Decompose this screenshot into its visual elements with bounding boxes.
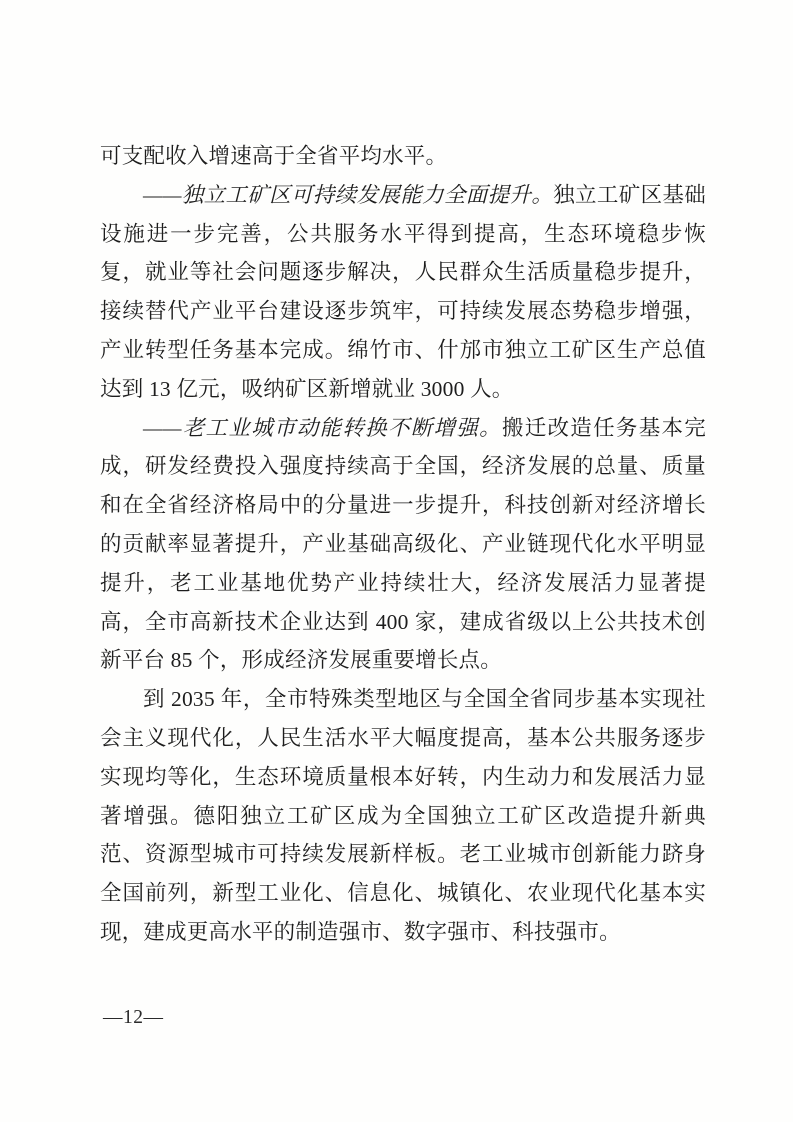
paragraph-leadin-emphasis: ——独立工矿区可持续发展能力全面提升。 xyxy=(143,183,553,207)
paragraph-text: 独立工矿区基础设施进一步完善，公共服务水平得到提高，生态环境稳步恢复，就业等社会… xyxy=(100,183,706,401)
document-body: 可支配收入增速高于全省平均水平。 ——独立工矿区可持续发展能力全面提升。独立工矿… xyxy=(100,137,706,952)
paragraph-continuation: 可支配收入增速高于全省平均水平。 xyxy=(100,137,706,176)
paragraph-leadin-emphasis: ——老工业城市动能转换不断增强。 xyxy=(143,416,502,440)
document-page: 可支配收入增速高于全省平均水平。 ——独立工矿区可持续发展能力全面提升。独立工矿… xyxy=(0,0,793,1122)
paragraph-vision-2035: 到 2035 年，全市特殊类型地区与全国全省同步基本实现社会主义现代化，人民生活… xyxy=(100,680,706,952)
paragraph-text: 到 2035 年，全市特殊类型地区与全国全省同步基本实现社会主义现代化，人民生活… xyxy=(100,687,706,944)
paragraph-text: 可支配收入增速高于全省平均水平。 xyxy=(100,144,447,168)
paragraph-mining-area: ——独立工矿区可持续发展能力全面提升。独立工矿区基础设施进一步完善，公共服务水平… xyxy=(100,176,706,409)
page-number: —12— xyxy=(103,1003,164,1033)
paragraph-text: 搬迁改造任务基本完成，研发经费投入强度持续高于全国，经济发展的总量、质量和在全省… xyxy=(100,416,706,673)
paragraph-old-industrial-city: ——老工业城市动能转换不断增强。搬迁改造任务基本完成，研发经费投入强度持续高于全… xyxy=(100,409,706,681)
